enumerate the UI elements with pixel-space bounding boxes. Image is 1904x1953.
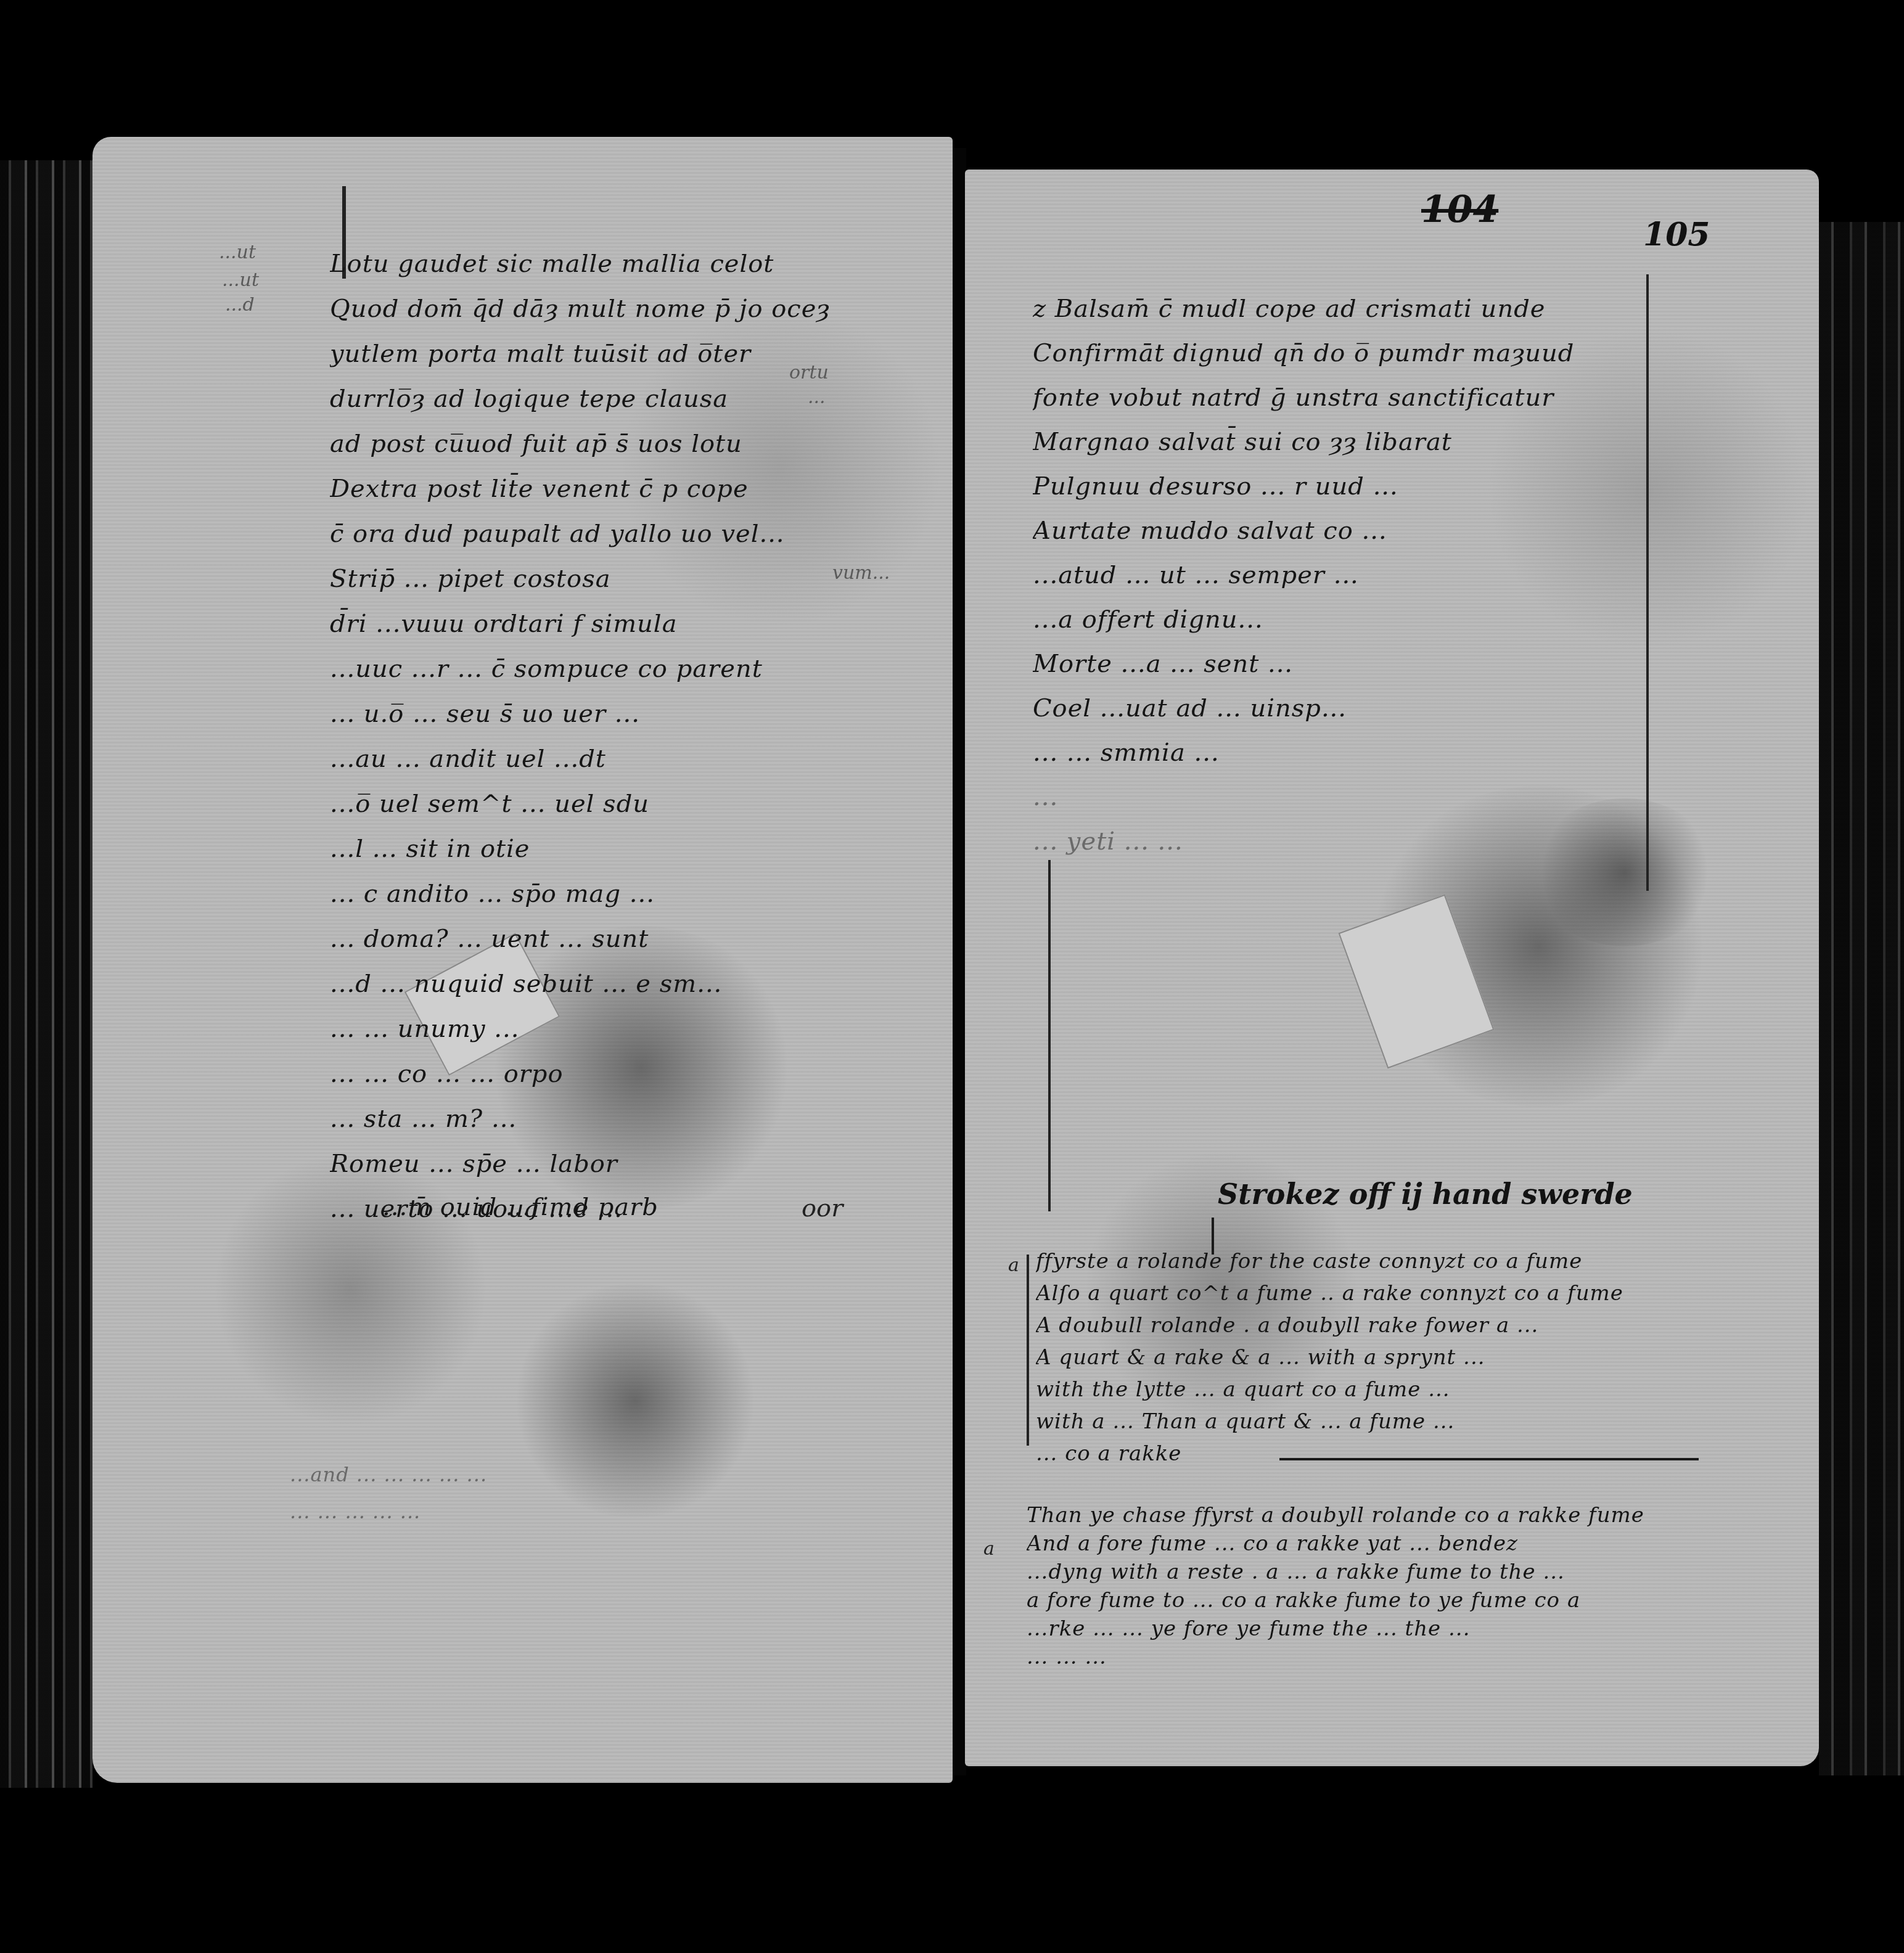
text-line: ad post cu̅uod fuit ap̄ s̄ uos lotu: [330, 422, 928, 467]
book-edge-right: [1819, 222, 1904, 1775]
text-line: And a fore fume ... co a rakke yat ... b…: [1027, 1529, 1717, 1558]
right-page: 104 105 z Balsam̄ c̄ mudl cope ad crisma…: [965, 170, 1819, 1766]
text-line: ...rke ... ... ye fore ye fume the ... t…: [1027, 1615, 1717, 1643]
text-line: ... sta ... m? ...: [330, 1097, 928, 1142]
marginal-note: ...: [808, 387, 826, 408]
left-page: ...ut ...ut ...d Lotu gaudet sic malle m…: [92, 137, 953, 1783]
text-line: ... ... ...: [1027, 1643, 1717, 1671]
text-line: with a ... Than a quart & ... a fume ...: [1036, 1406, 1720, 1438]
marginal-note: ...d: [225, 294, 255, 316]
text-line: durrlo̅ȝ ad logique tepe clausa: [330, 377, 928, 422]
text-line: Alſo a quart co^t a fume .. a rake conny…: [1036, 1277, 1720, 1309]
text-line: ...au ... andit uel ...dt: [330, 737, 928, 782]
text-line: ...uuc ...r ... c̄ sompuce co parent: [330, 647, 928, 692]
text-line: ...l ... sit in otie: [330, 827, 928, 872]
text-line: z Balsam̄ c̄ mudl cope ad crismati unde: [1033, 287, 1649, 331]
text-line: Coel ...uat ad ... uinsp...: [1033, 686, 1649, 731]
text-line: ... u.o̅ ... seu s̄ uo uer ...: [330, 692, 928, 737]
text-line: a fore fume to ... co a rakke fume to ye…: [1027, 1586, 1717, 1615]
marginal-note: ...ut: [222, 269, 259, 291]
faint-lower-text: ...and ... ... ... ... ... ... ... ... .…: [290, 1456, 906, 1530]
margin-bracket: [1048, 860, 1051, 1211]
text-line: ffyrste a rolande for the caste connyzt …: [1036, 1245, 1720, 1277]
section-heading: Strokez off ij hand swerde: [1218, 1177, 1633, 1211]
text-line: Confirmāt dignud qn̄ do o̅ pumdr maȝuud: [1033, 331, 1649, 375]
marginal-note: ortu: [789, 362, 829, 383]
marginal-note: ...ut: [219, 242, 256, 263]
text-line: ... yeti ... ...: [1033, 819, 1649, 864]
text-line: Romeu ... sp̄e ... labor: [330, 1142, 928, 1187]
text-line: ...o̅ uel sem^t ... uel sdu: [330, 782, 928, 827]
right-lower-text-block-2: Than ye chase ffyrst a doubyll rolande c…: [1027, 1501, 1717, 1671]
text-line: fonte vobut natrd ḡ unstra sanctificatur: [1033, 375, 1649, 420]
text-line: Pulgnuu desurso ... r uud ...: [1033, 464, 1649, 509]
text-line: ...d ... nuquid sebuit ... e sm...: [330, 962, 928, 1007]
faint-text-line: ...and ... ... ... ... ...: [290, 1456, 906, 1493]
margin-mark: a: [983, 1538, 995, 1560]
closing-tail: oor: [802, 1194, 843, 1222]
text-line: Quod dom̄ q̄d dāȝ mult nome p̄ jo oceȝ: [330, 287, 928, 332]
text-line: Than ye chase ffyrst a doubyll rolande c…: [1027, 1501, 1717, 1529]
text-line: ... ... smmia ...: [1033, 731, 1649, 775]
text-line: c̄ ora dud paupalt ad yallo uo vel...: [330, 512, 928, 557]
text-line: ...dyng with a reste . a ... a rakke fum…: [1027, 1558, 1717, 1586]
text-line: ... doma? ... uent ... sunt: [330, 917, 928, 962]
left-text-block: Lotu gaudet sic malle mallia celot Quod …: [330, 242, 928, 1232]
marginal-note: vum...: [832, 562, 890, 584]
text-line: A quart & a rake & a ... with a sprynt .…: [1036, 1341, 1720, 1374]
text-line: Dextra post lit̄e venent c̄ p cope: [330, 467, 928, 512]
text-line: Morte ...a ... sent ...: [1033, 642, 1649, 686]
text-line: Lotu gaudet sic malle mallia celot: [330, 242, 928, 287]
text-line: A doubull rolande . a doubyll rake fower…: [1036, 1309, 1720, 1341]
right-upper-text-block: z Balsam̄ c̄ mudl cope ad crismati unde …: [1033, 287, 1649, 864]
text-line: with the lytte ... a quart co a fume ...: [1036, 1374, 1720, 1406]
gutter: [953, 148, 966, 1775]
margin-bracket: [1027, 1255, 1029, 1446]
text-line: ...a offert dignu...: [1033, 597, 1649, 642]
folio-number: 105: [1643, 216, 1710, 253]
faint-text-line: ... ... ... ... ...: [290, 1493, 906, 1530]
closing-text: ...m̄ ouid ...fimd parb: [382, 1185, 826, 1230]
margin-mark: a: [1008, 1255, 1019, 1276]
text-line: ...atud ... ut ... semper ...: [1033, 553, 1649, 597]
left-closing-line: ...m̄ ouid ...fimd parb: [382, 1185, 826, 1230]
text-line: ...: [1033, 775, 1649, 819]
text-line: Margnao salvat̄ sui co ȝȝ libarat: [1033, 420, 1649, 464]
text-line: ... c andito ... sp̄o mag ...: [330, 872, 928, 917]
folio-number-struck: 104: [1421, 188, 1498, 231]
underline-rule: [1279, 1458, 1699, 1460]
text-line: ... ... co ... ... orpo: [330, 1052, 928, 1097]
text-line: Aurtate muddo salvat co ...: [1033, 509, 1649, 553]
book-edge-left: [0, 160, 92, 1788]
text-line: d̄ri ...vuuu ordtari f simula: [330, 602, 928, 647]
right-lower-text-block: ffyrste a rolande for the caste connyzt …: [1036, 1245, 1720, 1470]
text-line: ... ... unumy ...: [330, 1007, 928, 1052]
text-line: yutlem porta malt tuūsit ad o̅ter: [330, 332, 928, 377]
text-line: ... co a rakke: [1036, 1438, 1720, 1470]
